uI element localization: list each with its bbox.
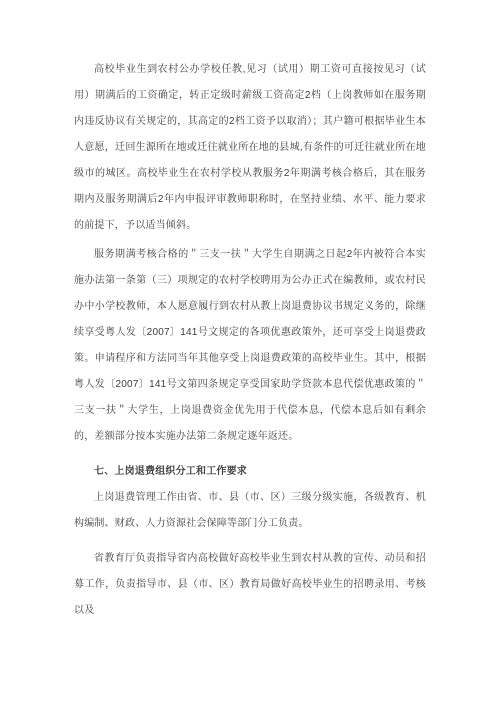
body-paragraph-3: 上岗退费管理工作由省、市、县（市、区）三级分级实施，各级教育、机构编制、财政、人… bbox=[74, 485, 426, 537]
body-paragraph-2: 服务期满考核合格的＂三支一扶＂大学生自期满之日起2年内被符合本实施办法第一条第（… bbox=[74, 242, 426, 450]
body-paragraph-1: 高校毕业生到农村公办学校任教,见习（试用）期工资可直接按见习（试用）期满后的工资… bbox=[74, 57, 426, 239]
body-paragraph-4: 省教育厅负责指导省内高校做好高校毕业生到农村从教的宣传、动员和招募工作，负责指导… bbox=[74, 546, 426, 624]
document-page: 高校毕业生到农村公办学校任教,见习（试用）期工资可直接按见习（试用）期满后的工资… bbox=[0, 0, 500, 707]
section-heading: 七、上岗退费组织分工和工作要求 bbox=[74, 459, 426, 485]
